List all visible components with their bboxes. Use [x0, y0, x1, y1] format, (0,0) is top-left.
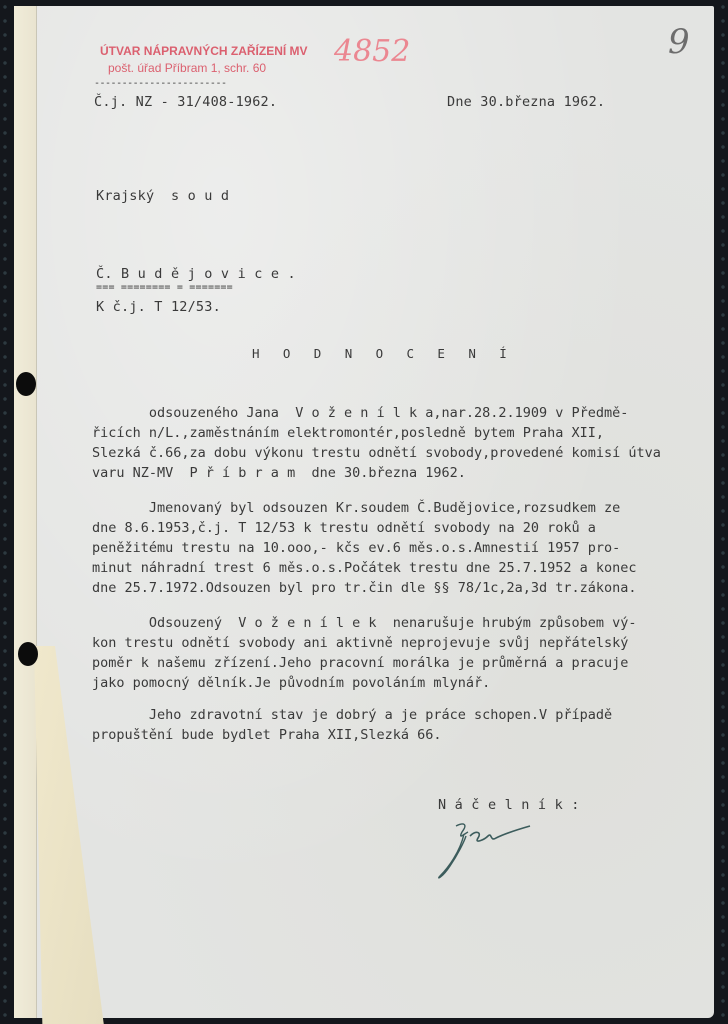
court-file-reference: K č.j. T 12/53.: [96, 299, 221, 315]
document-text: ÚTVAR NÁPRAVNÝCH ZAŘÍZENÍ MV pošt. úřad …: [0, 0, 728, 1024]
handwritten-signature: [434, 812, 554, 882]
text-line: poměr k našemu zřízení.Jeho pracovní mor…: [92, 655, 717, 675]
paragraph-sentence: Jmenovaný byl odsouzen Kr.soudem Č.Buděj…: [92, 500, 717, 600]
handwritten-page-number: 9: [668, 22, 690, 62]
stamp-underline: ------------------------: [94, 78, 227, 89]
text-line: varu NZ-MV P ř í b r a m dne 30.března 1…: [92, 465, 717, 485]
text-line: řicích n/L.,zaměstnáním elektromontér,po…: [92, 425, 717, 445]
text-line: Jeho zdravotní stav je dobrý a je práce …: [92, 707, 717, 727]
signatory-title: N á č e l n í k :: [438, 797, 580, 813]
reference-number: Č.j. NZ - 31/408-1962.: [94, 94, 277, 110]
text-line: jako pomocný dělník.Je původním povolání…: [92, 675, 717, 695]
text-line: odsouzeného Jana V o ž e n í l k a,nar.2…: [92, 405, 717, 425]
office-stamp-line2: pošt. úřad Příbram 1, schr. 60: [108, 61, 266, 75]
text-line: peněžitému trestu na 10.ooo,- kčs ev.6 m…: [92, 540, 717, 560]
text-line: Slezká č.66,za dobu výkonu trestu odnětí…: [92, 445, 717, 465]
recipient-city-underline: === ======== = =======: [96, 282, 233, 293]
office-stamp-line1: ÚTVAR NÁPRAVNÝCH ZAŘÍZENÍ MV: [100, 44, 308, 58]
text-line: propuštění bude bydlet Praha XII,Slezká …: [92, 727, 717, 747]
text-line: dne 8.6.1953,č.j. T 12/53 k trestu odnět…: [92, 520, 717, 540]
text-line: Jmenovaný byl odsouzen Kr.soudem Č.Buděj…: [92, 500, 717, 520]
paragraph-identity: odsouzeného Jana V o ž e n í l k a,nar.2…: [92, 405, 717, 485]
text-line: kon trestu odnětí svobody ani aktivně ne…: [92, 635, 717, 655]
document-date: Dne 30.března 1962.: [447, 94, 605, 110]
text-line: Odsouzený V o ž e n í l e k nenarušuje h…: [92, 615, 717, 635]
paragraph-health: Jeho zdravotní stav je dobrý a je práce …: [92, 707, 717, 747]
document-title: H O D N O C E N Í: [252, 346, 507, 361]
handwritten-red-number: 4852: [334, 34, 410, 69]
paragraph-conduct: Odsouzený V o ž e n í l e k nenarušuje h…: [92, 615, 717, 695]
text-line: dne 25.7.1972.Odsouzen byl pro tr.čin dl…: [92, 580, 717, 600]
recipient-city: Č. B u d ě j o v i c e .: [96, 266, 296, 282]
recipient-court: Krajský s o u d: [96, 188, 229, 204]
text-line: minut náhradní trest 6 měs.o.s.Počátek t…: [92, 560, 717, 580]
